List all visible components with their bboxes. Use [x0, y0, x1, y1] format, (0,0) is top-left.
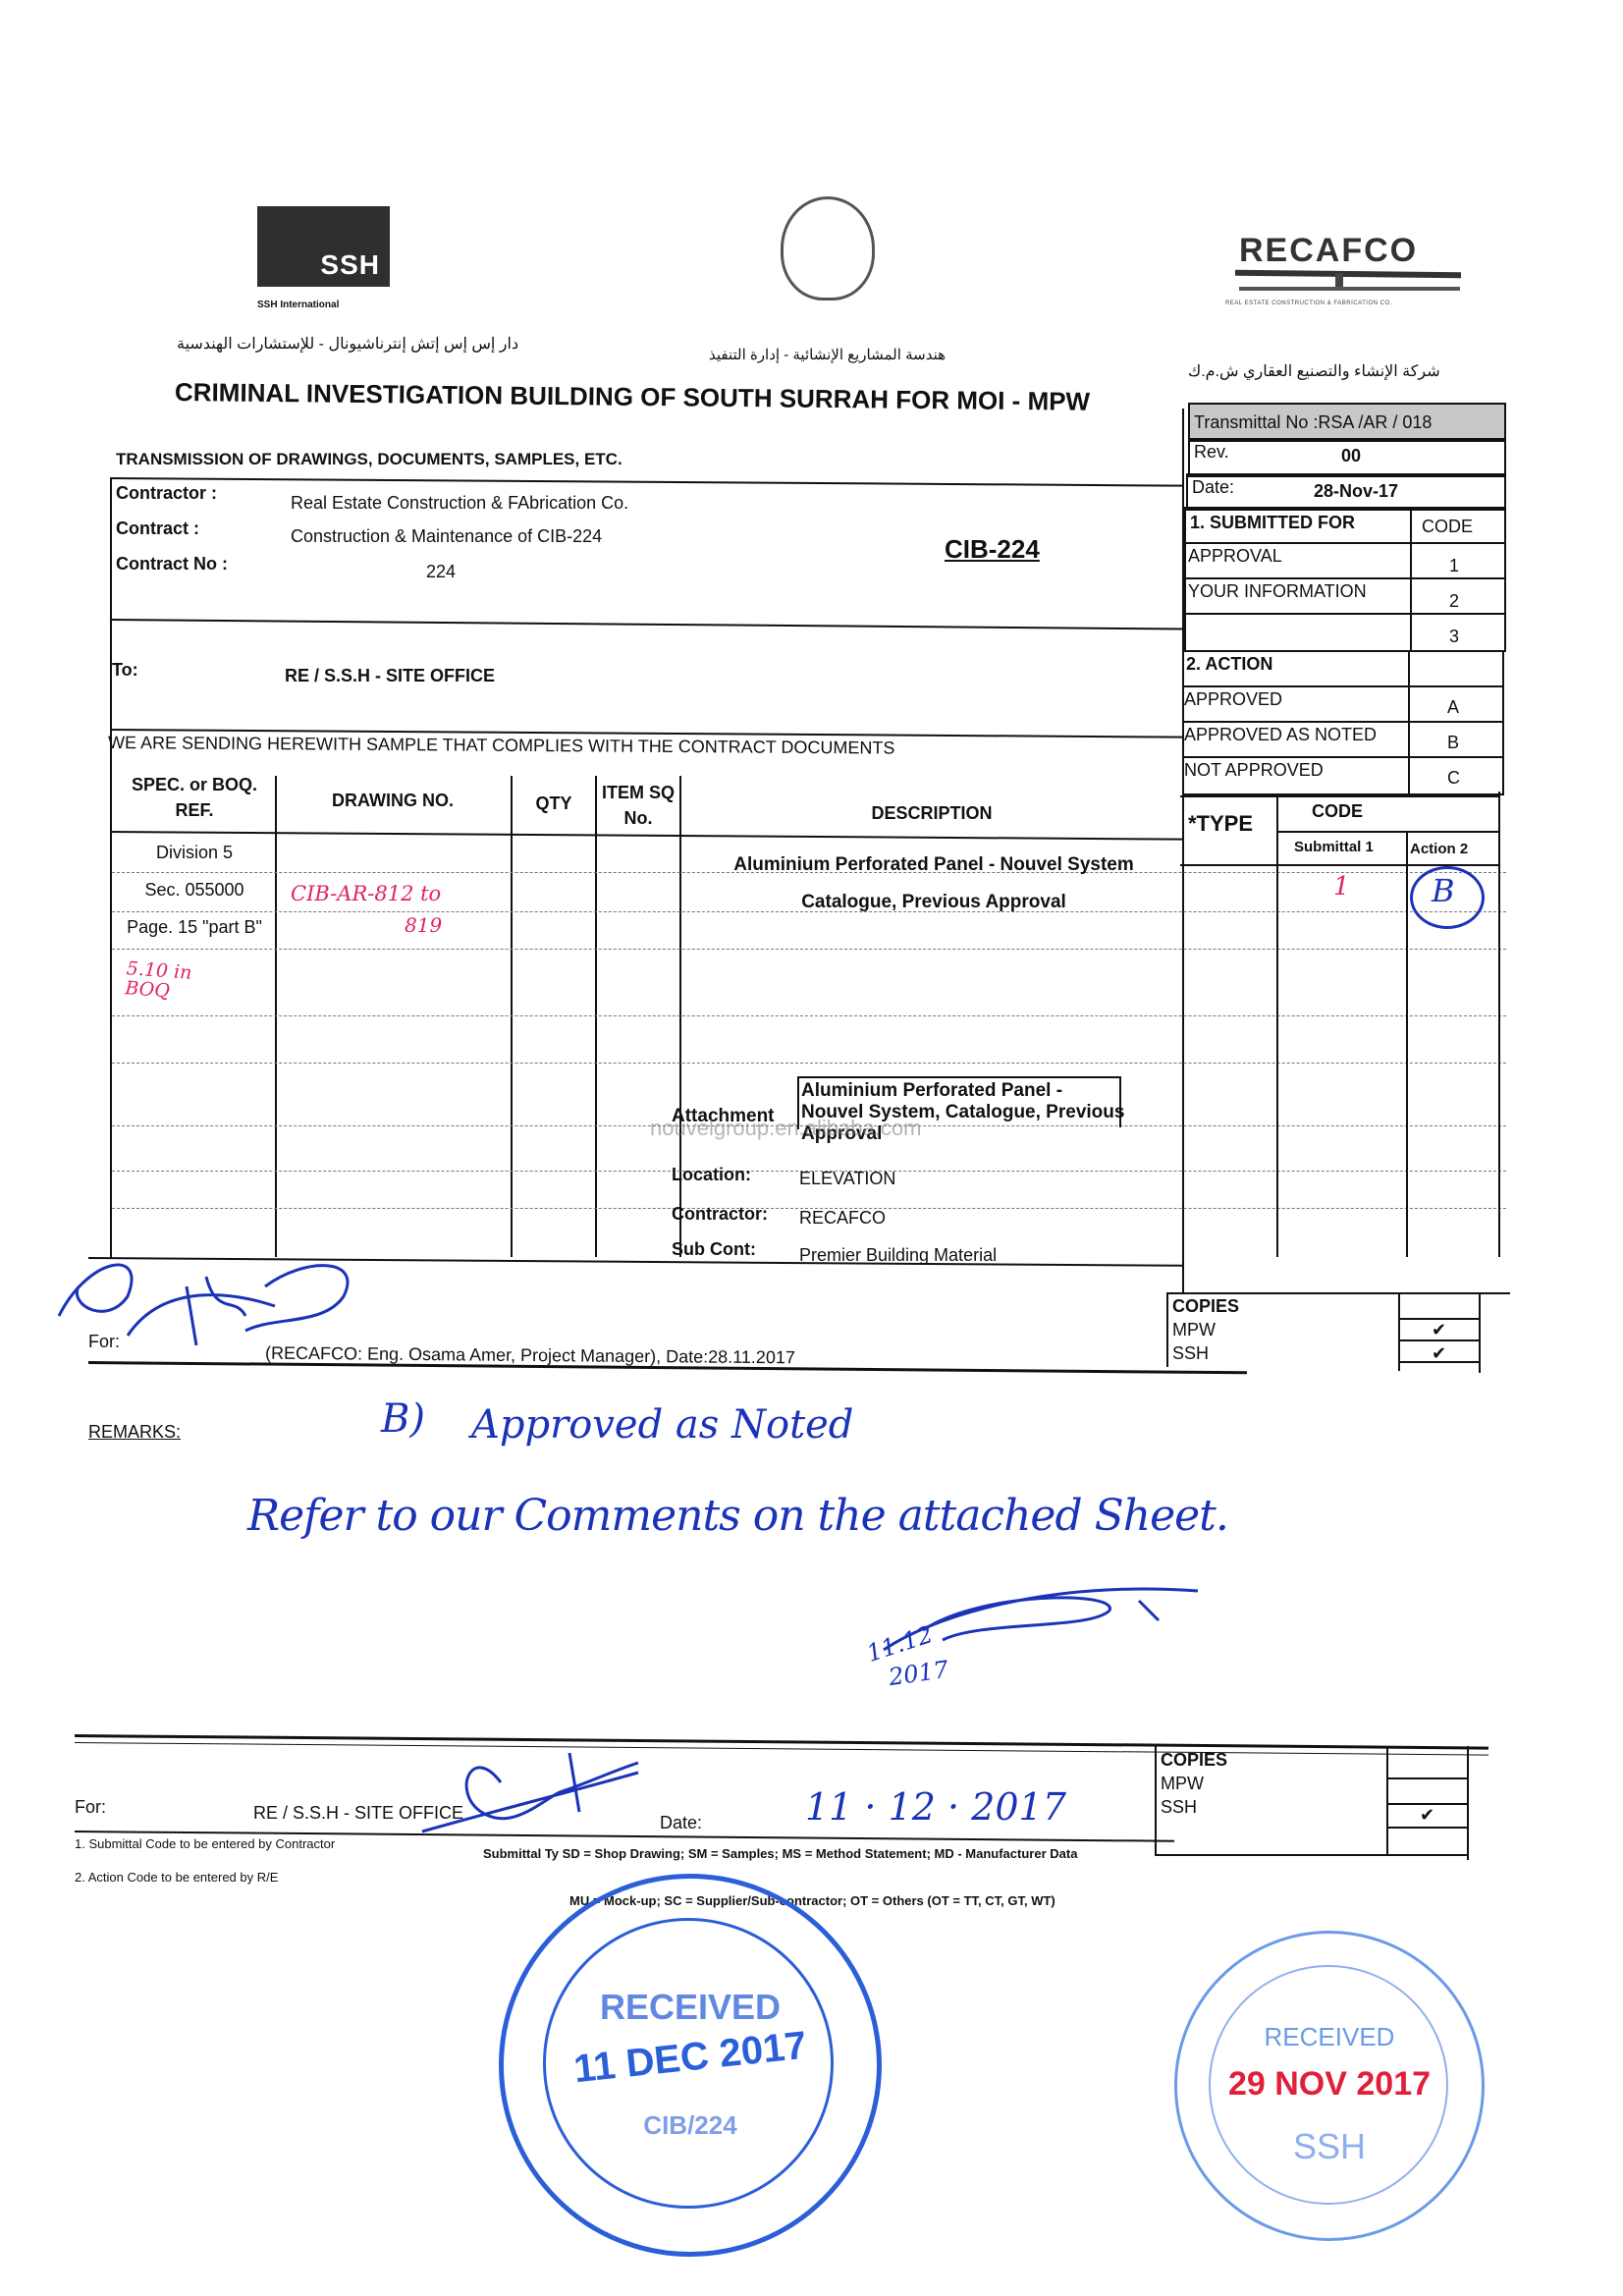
rev-label: Rev.: [1194, 442, 1229, 463]
footnote-1: 1. Submittal Code to be entered by Contr…: [75, 1836, 335, 1851]
watermark: nouvelgroup.en.alibaba.com: [650, 1116, 921, 1141]
to-value: RE / S.S.H - SITE OFFICE: [285, 666, 495, 686]
submittal-code-handwritten: 1: [1333, 872, 1350, 902]
remarks-line-2: Refer to our Comments on the attached Sh…: [247, 1491, 1228, 1541]
document-title: CRIMINAL INVESTIGATION BUILDING OF SOUTH…: [175, 377, 1090, 417]
header-drawing-no: DRAWING NO.: [277, 791, 509, 811]
description-line-1: Aluminium Perforated Panel - Nouvel Syst…: [683, 854, 1184, 876]
contract-no-label: Contract No :: [116, 554, 228, 574]
copies-2-heading: COPIES: [1161, 1750, 1227, 1771]
project-code: CIB-224: [945, 534, 1040, 565]
recafco-logo-bar: [1235, 270, 1461, 278]
stamp-ssh-date: 29 NOV 2017: [1177, 2065, 1482, 2104]
header-item-sq-no: ITEM SQ No.: [597, 780, 679, 831]
recafco-logo-bar2: [1239, 287, 1460, 291]
ssh-arabic-name: دار إس إس إتش إنترناشيونال - للإستشارات …: [177, 334, 518, 354]
type-heading: *TYPE: [1188, 811, 1253, 837]
spec-section: Sec. 055000: [116, 880, 273, 901]
location-value: ELEVATION: [799, 1169, 895, 1189]
copies-mpw: MPW: [1172, 1320, 1216, 1340]
remarks-line-1: Approved as Noted: [471, 1402, 853, 1448]
for-re-value: RE / S.S.H - SITE OFFICE: [253, 1803, 463, 1824]
drawing-no-handwritten: CIB-AR-812 to: [291, 882, 441, 905]
type-code-heading: CODE: [1312, 801, 1363, 822]
action-approved-as-noted: APPROVED AS NOTED: [1184, 725, 1377, 745]
table-contractor-value: RECAFCO: [799, 1208, 886, 1229]
copies-ssh: SSH: [1172, 1343, 1209, 1364]
re-date-handwritten: 11 · 12 · 2017: [805, 1785, 1066, 1829]
contract-no-value: 224: [426, 562, 456, 582]
contract-value: Construction & Maintenance of CIB-224: [291, 526, 602, 547]
for-re-label: For:: [75, 1797, 106, 1818]
re-signature: [412, 1733, 687, 1841]
action-code-handwritten: B: [1432, 872, 1455, 909]
received-stamp-ssh: RECEIVED 29 NOV 2017 SSH: [1174, 1931, 1485, 2241]
rev-value: 00: [1341, 446, 1361, 466]
contract-label: Contract :: [116, 519, 199, 539]
action-approved: APPROVED: [1184, 689, 1282, 710]
action-heading: 2. ACTION: [1186, 654, 1272, 675]
spec-page: Page. 15 "part B": [116, 917, 273, 938]
copies-ssh-checkbox[interactable]: ✔: [1432, 1343, 1446, 1364]
document-subtitle: TRANSMISSION OF DRAWINGS, DOCUMENTS, SAM…: [116, 450, 622, 469]
spec-handwritten-note: 5.10 in BOQ: [125, 958, 236, 1006]
copies-2-mpw-checkbox[interactable]: [1420, 1781, 1435, 1797]
remarks-code: B): [381, 1396, 425, 1442]
table-contractor-label: Contractor:: [672, 1204, 768, 1225]
action-approved-code: A: [1447, 697, 1459, 718]
contractor-label: Contractor :: [116, 483, 217, 504]
stamp-ssh-org: SSH: [1177, 2126, 1482, 2167]
submitted-information-code: 2: [1449, 591, 1459, 612]
action-not-approved: NOT APPROVED: [1184, 760, 1324, 781]
copies-heading: COPIES: [1172, 1296, 1239, 1317]
contractor-value: Real Estate Construction & FAbrication C…: [291, 493, 628, 514]
mpw-arabic-name: هندسة المشاريع الإنشائية - إدارة التنفيذ: [709, 346, 946, 363]
copies-2-ssh: SSH: [1161, 1797, 1197, 1818]
spec-division: Division 5: [116, 843, 273, 863]
description-line-2: Catalogue, Previous Approval: [683, 892, 1184, 913]
recafco-logo: RECAFCO: [1239, 232, 1418, 270]
recafco-subtitle: REAL ESTATE CONSTRUCTION & FABRICATION C…: [1225, 301, 1392, 306]
to-label: To:: [112, 660, 138, 681]
submittal-types-1: Submittal Ty SD = Shop Drawing; SM = Sam…: [483, 1846, 1077, 1861]
footnote-2: 2. Action Code to be entered by R/E: [75, 1870, 278, 1885]
header-qty: QTY: [513, 793, 595, 814]
date-label: Date:: [1192, 477, 1234, 498]
stamp-mpw-ref: CIB/224: [504, 2110, 877, 2141]
submitted-approval-code: 1: [1449, 556, 1459, 576]
remarks-label: REMARKS:: [88, 1422, 181, 1443]
date-value: 28-Nov-17: [1314, 481, 1398, 502]
stamp-ssh-title: RECEIVED: [1177, 2022, 1482, 2052]
submitted-code-heading: CODE: [1422, 517, 1473, 537]
for-label: For:: [88, 1332, 120, 1352]
action-approved-as-noted-code: B: [1447, 733, 1459, 753]
location-label: Location:: [672, 1165, 751, 1185]
drawing-no-handwritten-2: 819: [405, 913, 442, 937]
ssh-logo: SSH: [257, 206, 390, 287]
copies-mpw-checkbox[interactable]: ✔: [1432, 1320, 1446, 1340]
transmittal-number-box: Transmittal No :RSA /AR / 018: [1188, 403, 1506, 442]
copies-2-mpw: MPW: [1161, 1774, 1204, 1794]
action-not-approved-code: C: [1447, 768, 1460, 789]
kuwait-emblem-icon: [781, 196, 875, 301]
sending-statement: WE ARE SENDING HEREWITH SAMPLE THAT COMP…: [108, 733, 895, 759]
subcont-label: Sub Cont:: [672, 1239, 756, 1260]
ssh-subtitle: SSH International: [257, 300, 339, 310]
received-stamp-mpw: RECEIVED 11 DEC 2017 CIB/224: [499, 1874, 882, 2257]
transmittal-number: Transmittal No :RSA /AR / 018: [1194, 412, 1432, 433]
submitted-approval: APPROVAL: [1188, 546, 1282, 567]
submitted-for-heading: 1. SUBMITTED FOR: [1190, 513, 1355, 533]
action-2-heading: Action 2: [1410, 841, 1468, 857]
submitted-your-information: YOUR INFORMATION: [1188, 581, 1367, 602]
header-spec-ref: SPEC. or BOQ. REF.: [116, 772, 273, 823]
re-date-label: Date:: [660, 1813, 702, 1833]
submittal-1-heading: Submittal 1: [1294, 839, 1374, 855]
header-description: DESCRIPTION: [681, 803, 1182, 824]
submitted-other-code: 3: [1449, 627, 1459, 647]
copies-2-ssh-checkbox[interactable]: ✔: [1420, 1805, 1434, 1826]
recafco-arabic-name: شركة الإنشاء والتصنيع العقاري ش.م.ك: [1188, 361, 1440, 381]
ssh-logo-text: SSH: [320, 249, 380, 281]
